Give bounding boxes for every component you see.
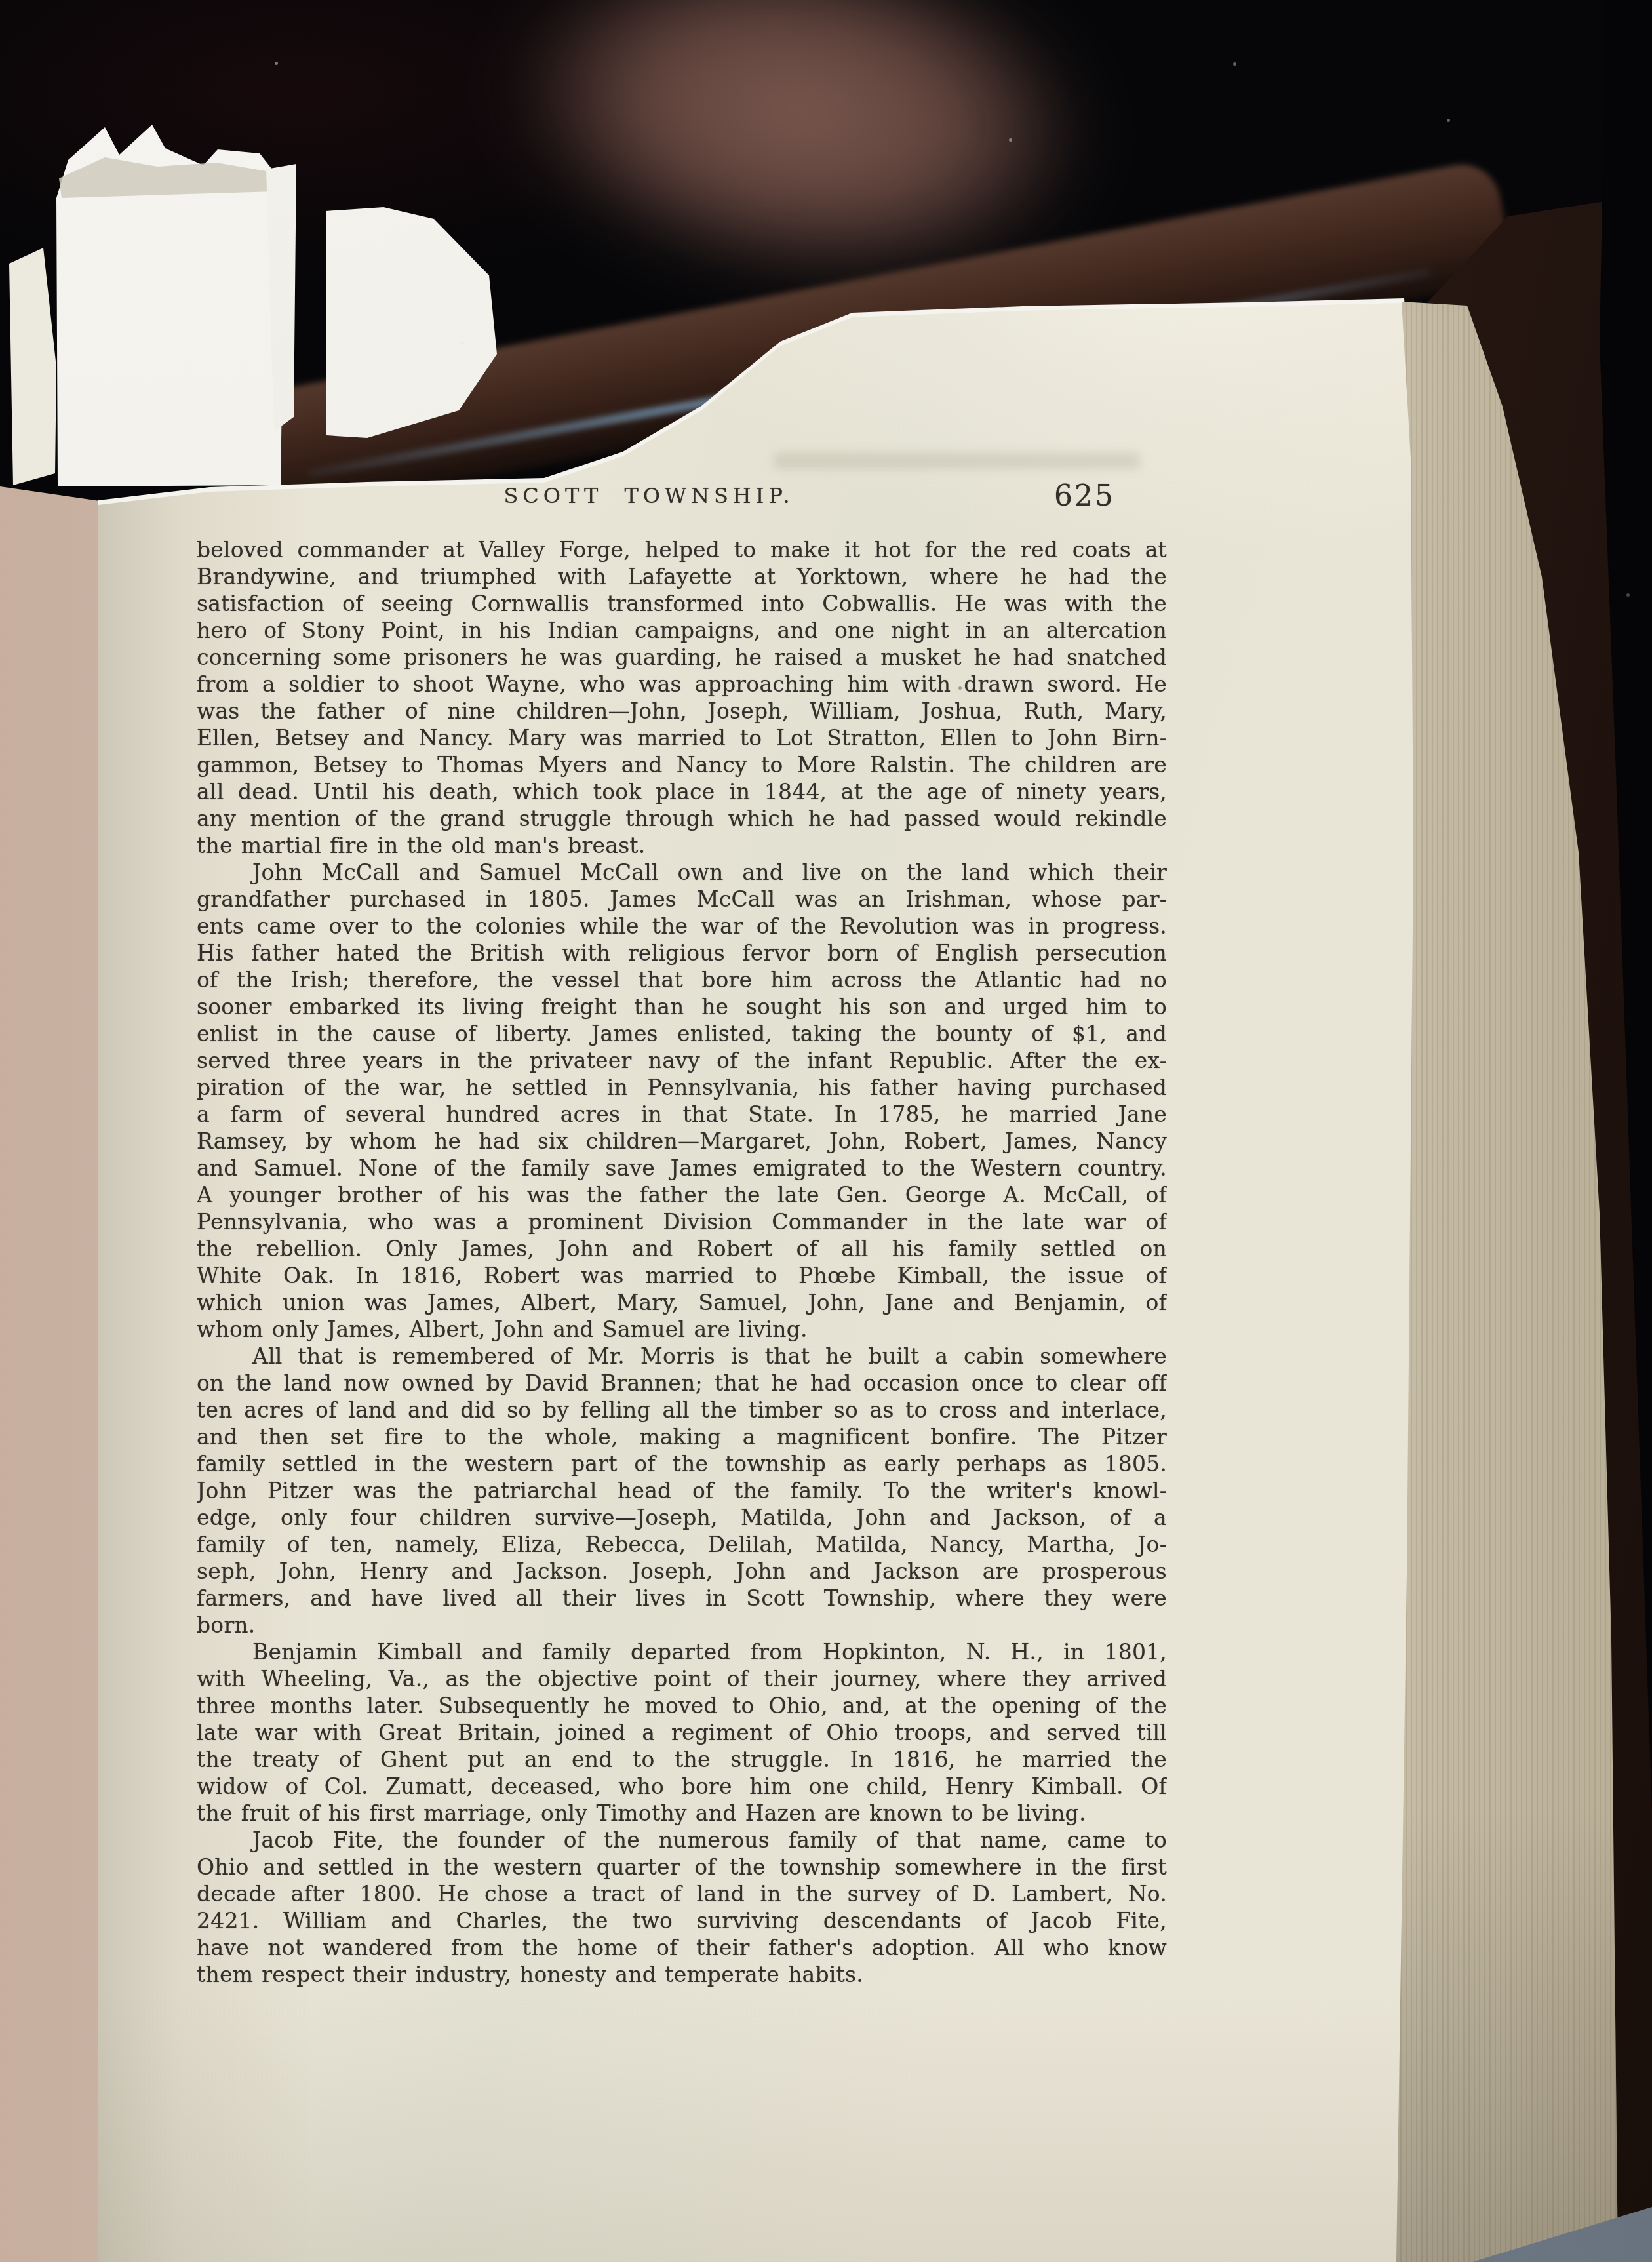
text-line: Benjamin Kimball and family departed fro… xyxy=(197,1638,1167,1665)
text-line: seph, John, Henry and Jackson. Joseph, J… xyxy=(197,1558,1167,1585)
text-line: enlist in the cause of liberty. James en… xyxy=(197,1020,1167,1047)
text-line: whom only James, Albert, John and Samuel… xyxy=(197,1316,1167,1343)
text-line: His father hated the British with religi… xyxy=(197,940,1167,966)
text-line: All that is remembered of Mr. Morris is … xyxy=(197,1343,1167,1370)
text-line: Pennsylvania, who was a prominent Divisi… xyxy=(197,1208,1167,1235)
text-line: the martial fire in the old man's breast… xyxy=(197,832,1167,859)
text-line: three months later. Subsequently he move… xyxy=(197,1692,1167,1719)
text-line: the treaty of Ghent put an end to the st… xyxy=(197,1746,1167,1773)
text-line: Ellen, Betsey and Nancy. Mary was marrie… xyxy=(197,724,1167,751)
text-line: gammon, Betsey to Thomas Myers and Nancy… xyxy=(197,751,1167,778)
text-line: and Samuel. None of the family save Jame… xyxy=(197,1155,1167,1181)
text-line: piration of the war, he settled in Penns… xyxy=(197,1074,1167,1101)
page-title: SCOTT TOWNSHIP. xyxy=(503,483,794,508)
dust-specks xyxy=(0,0,2,2)
text-line: satisfaction of seeing Cornwallis transf… xyxy=(197,590,1167,617)
text-line: born. xyxy=(197,1612,1167,1638)
text-line: Ramsey, by whom he had six children—Marg… xyxy=(197,1128,1167,1155)
text-line: beloved commander at Valley Forge, helpe… xyxy=(197,536,1167,563)
page-number: 625 xyxy=(1054,479,1115,513)
text-line: decade after 1800. He chose a tract of l… xyxy=(197,1880,1167,1907)
book-scan-photo: SCOTT TOWNSHIP. 625 beloved commander at… xyxy=(0,0,1652,2262)
text-line: 2421. William and Charles, the two survi… xyxy=(197,1907,1167,1934)
text-line: and then set fire to the whole, making a… xyxy=(197,1423,1167,1450)
text-line: was the father of nine children—John, Jo… xyxy=(197,698,1167,724)
page-body-text: beloved commander at Valley Forge, helpe… xyxy=(197,536,1167,1988)
text-line: concerning some prisoners he was guardin… xyxy=(197,644,1167,671)
text-line: of the Irish; therefore, the vessel that… xyxy=(197,966,1167,993)
text-line: A younger brother of his was the father … xyxy=(197,1181,1167,1208)
text-line: ten acres of land and did so by felling … xyxy=(197,1397,1167,1423)
text-line: served three years in the privateer navy… xyxy=(197,1047,1167,1074)
show-through-ghost-text xyxy=(774,452,1141,469)
text-line: any mention of the grand struggle throug… xyxy=(197,805,1167,832)
text-line: widow of Col. Zumatt, deceased, who bore… xyxy=(197,1773,1167,1800)
text-line: family settled in the western part of th… xyxy=(197,1450,1167,1477)
text-line: family of ten, namely, Eliza, Rebecca, D… xyxy=(197,1531,1167,1558)
text-line: on the land now owned by David Brannen; … xyxy=(197,1370,1167,1397)
text-line: them respect their industry, honesty and… xyxy=(197,1961,1167,1988)
text-line: ents came over to the colonies while the… xyxy=(197,913,1167,940)
text-line: all dead. Until his death, which took pl… xyxy=(197,778,1167,805)
text-line: the rebellion. Only James, John and Robe… xyxy=(197,1235,1167,1262)
text-line: grandfather purchased in 1805. James McC… xyxy=(197,886,1167,913)
text-line: Brandywine, and triumphed with Lafayette… xyxy=(197,563,1167,590)
text-line: hero of Stony Point, in his Indian campa… xyxy=(197,617,1167,644)
text-line: late war with Great Britain, joined a re… xyxy=(197,1719,1167,1746)
text-line: John Pitzer was the patriarchal head of … xyxy=(197,1477,1167,1504)
text-line: Jacob Fite, the founder of the numerous … xyxy=(197,1827,1167,1854)
text-line: sooner embarked its living freight than … xyxy=(197,993,1167,1020)
text-line: with Wheeling, Va., as the objective poi… xyxy=(197,1665,1167,1692)
text-line: from a soldier to shoot Wayne, who was a… xyxy=(197,671,1167,698)
text-line: a farm of several hundred acres in that … xyxy=(197,1101,1167,1128)
text-line: edge, only four children survive—Joseph,… xyxy=(197,1504,1167,1531)
text-line: have not wandered from the home of their… xyxy=(197,1934,1167,1961)
text-line: farmers, and have lived all their lives … xyxy=(197,1585,1167,1612)
text-line: Ohio and settled in the western quarter … xyxy=(197,1854,1167,1880)
text-line: which union was James, Albert, Mary, Sam… xyxy=(197,1289,1167,1316)
text-line: John McCall and Samuel McCall own and li… xyxy=(197,859,1167,886)
text-line: the fruit of his first marriage, only Ti… xyxy=(197,1800,1167,1827)
text-line: White Oak. In 1816, Robert was married t… xyxy=(197,1262,1167,1289)
